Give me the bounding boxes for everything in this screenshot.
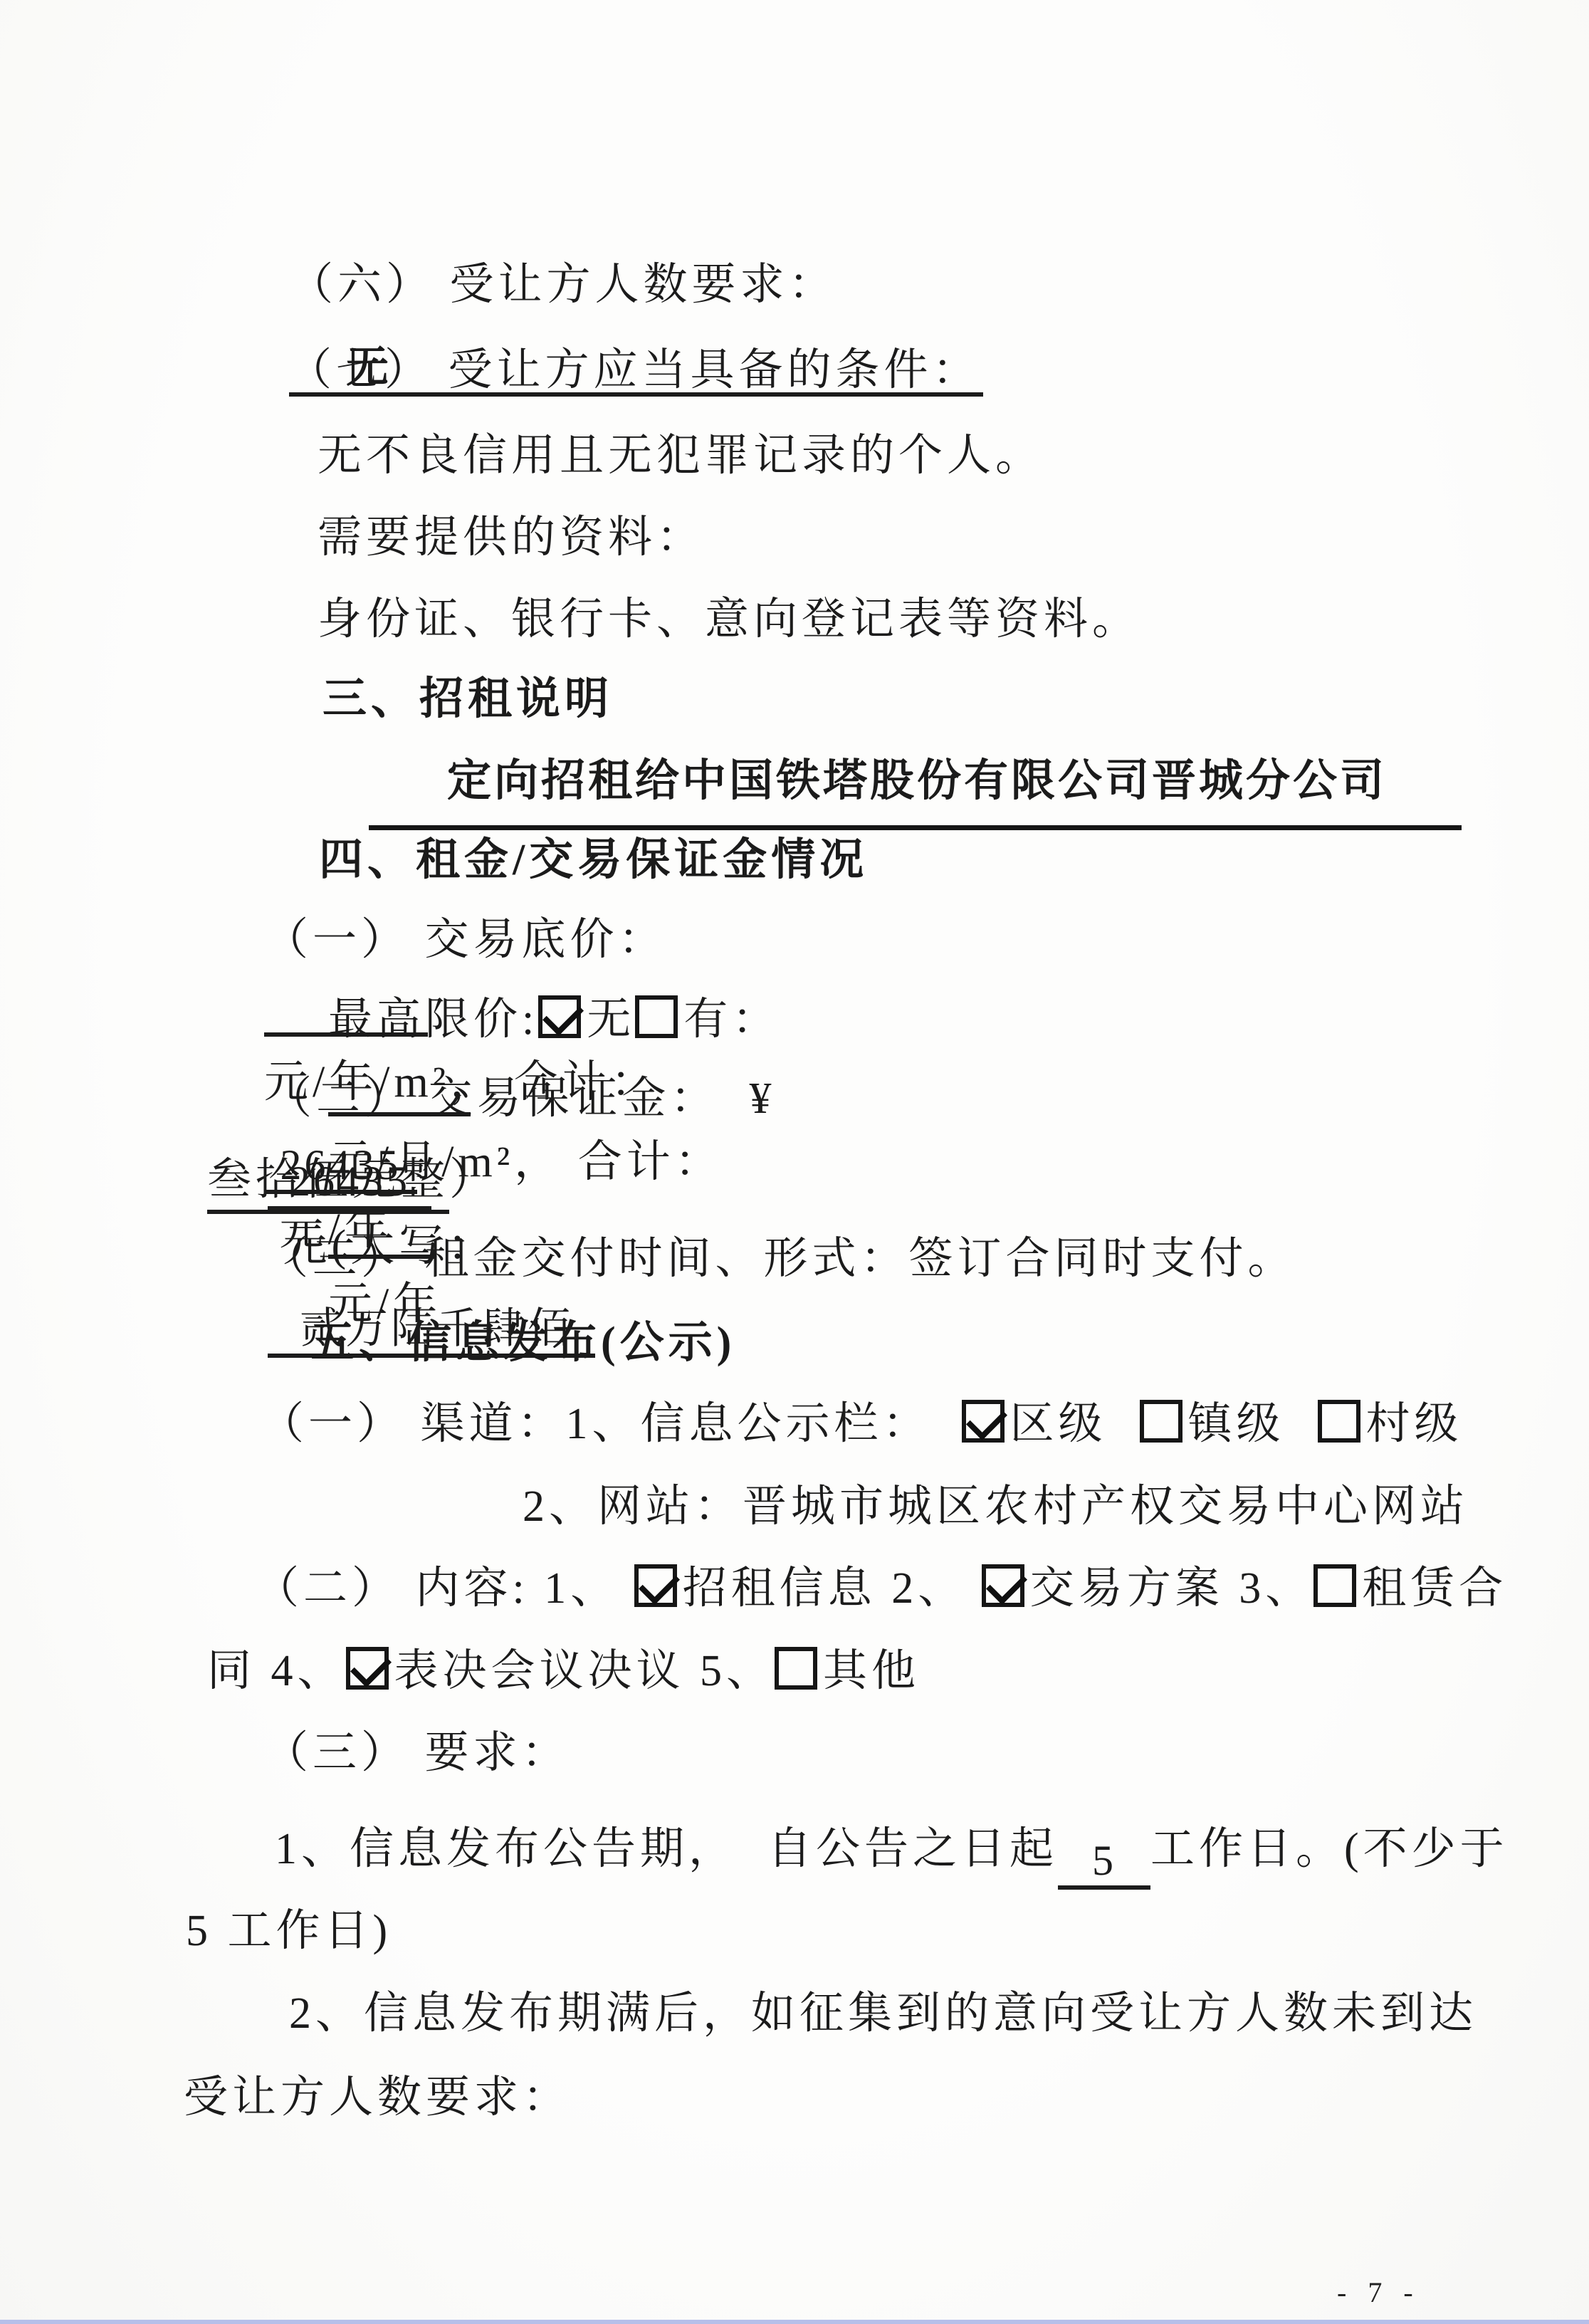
req1-days-blank[interactable]: 5 bbox=[1058, 1830, 1150, 1890]
scan-edge-artifact bbox=[0, 2320, 1589, 2324]
checkbox-zulin-contract[interactable]: 租赁合 bbox=[1313, 1564, 1507, 1613]
checkbox-jiaoyi-label: 交易方案 bbox=[1030, 1564, 1224, 1613]
content-n3: 3、 bbox=[1224, 1564, 1314, 1613]
req1-days-value: 5 bbox=[1092, 1837, 1116, 1884]
heading-5: 五、信息发布(公示) bbox=[249, 1236, 735, 1307]
heading-4: 四、租金/交易保证金情况 bbox=[258, 753, 868, 825]
line-require-title: （三） 要求： bbox=[203, 1646, 570, 1717]
line-req1-cont: 5 工作日) bbox=[125, 1824, 392, 1895]
checkbox-icon bbox=[1313, 1564, 1356, 1607]
checkbox-icon bbox=[982, 1564, 1024, 1607]
line-req1: 1、信息发布公告期， 自公告之日起5工作日。(不少于 bbox=[214, 1742, 1509, 1813]
checkbox-other[interactable]: 其他 bbox=[775, 1647, 920, 1695]
line-item7: （七） 受让方应当具备的条件： bbox=[226, 263, 981, 335]
heading-3: 三、招租说明 bbox=[261, 592, 613, 664]
line-materials-title: 需要提供的资料： bbox=[256, 431, 705, 502]
line-condition: 无不良信用且无犯罪记录的个人。 bbox=[256, 349, 1044, 420]
line-channel: （一） 渠道：1、信息公示栏： 区级镇级村级 bbox=[199, 1317, 1463, 1388]
req1-suffix: 工作日。(不少于 bbox=[1150, 1825, 1509, 1873]
line-materials: 身份证、银行卡、意向登记表等资料。 bbox=[256, 513, 1140, 584]
checkbox-other-label: 其他 bbox=[823, 1647, 920, 1695]
req1-prefix: 1、信息发布公告期， 自公告之日起 bbox=[275, 1825, 1058, 1873]
req2-cont-text: 受让方人数要求： bbox=[184, 2073, 571, 2122]
line-max-price: 最高限价:无有： 元/月/m²， 合计： 元/年 bbox=[267, 913, 796, 984]
line-pay-time: （三） 租金交付时间、形式：签订合同时支付。 bbox=[203, 1152, 1296, 1223]
line-h3-content: 定向招租给中国铁塔股份有限公司晋城分公司 bbox=[313, 674, 1462, 745]
line-deposit-cont: 叁拾伍元整） bbox=[146, 1073, 498, 1144]
document-page: （六） 受让方人数要求： 无 （七） 受让方应当具备的条件： 无不良信用且无犯罪… bbox=[0, 0, 1589, 2324]
checkbox-zulin-label: 租赁合 bbox=[1362, 1564, 1507, 1613]
line-req2: 2、信息发布期满后，如征集到的意向受让方人数未到达 bbox=[228, 1907, 1477, 1978]
line-website: 2、网站：晋城市城区农村产权交易中心网站 bbox=[461, 1400, 1469, 1471]
checkbox-icon bbox=[775, 1647, 817, 1690]
line-floor-price: （一） 交易底价： 元/年/m²， 合计： 26435 元/年 bbox=[203, 833, 667, 904]
line-item6: （六） 受让方人数要求： 无 bbox=[228, 178, 983, 249]
content2-n5: 5、 bbox=[685, 1647, 775, 1695]
checkbox-jiaoyi-plan[interactable]: 交易方案 bbox=[982, 1564, 1224, 1613]
line-content-cont: 同 4、表决会议决议 5、其他 bbox=[146, 1564, 920, 1635]
page-number: - 7 - bbox=[1337, 2276, 1420, 2309]
line-req2-cont: 受让方人数要求： bbox=[122, 1991, 571, 2062]
line-deposit: （二） 交易保证金： ¥ 26435 元(大写： 贰万陆千肆佰 bbox=[206, 992, 791, 1063]
line-content: （二） 内容: 1、 招租信息 2、 交易方案 3、租赁合 bbox=[194, 1482, 1507, 1553]
check-mark-icon bbox=[986, 1564, 1027, 1605]
